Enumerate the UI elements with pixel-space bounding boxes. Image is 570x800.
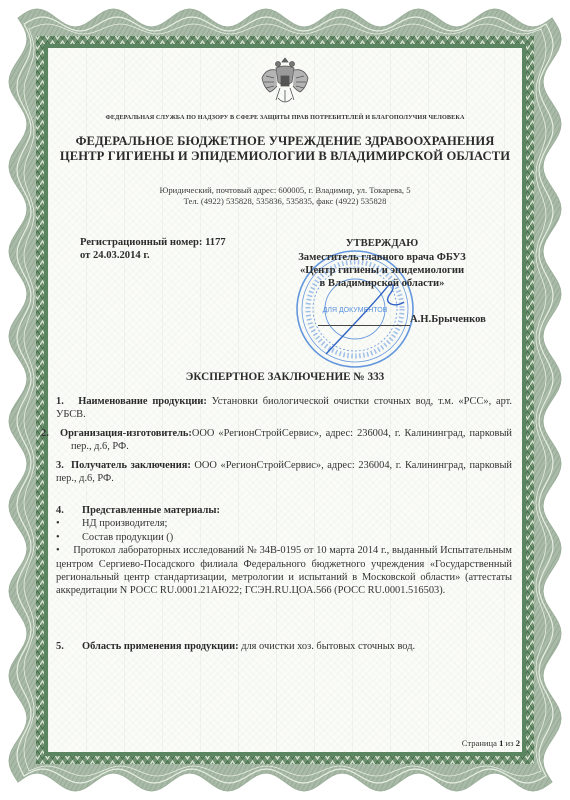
- bullet-icon: •: [56, 531, 74, 544]
- section-label: Наименование продукции:: [78, 396, 207, 407]
- list-item: • Протокол лабораторных исследований № 3…: [56, 544, 512, 598]
- registration-date: от 24.03.2014 г.: [80, 250, 150, 261]
- institution-name-line2: ЦЕНТР ГИГИЕНЫ И ЭПИДЕМИОЛОГИИ В ВЛАДИМИР…: [48, 149, 522, 164]
- institution-name-line1: ФЕДЕРАЛЬНОЕ БЮДЖЕТНОЕ УЧРЕЖДЕНИЕ ЗДРАВОО…: [48, 134, 522, 149]
- section-value: для очистки хоз. бытовых сточных вод.: [239, 641, 415, 652]
- section-application-area: 5.Область применения продукции: для очис…: [56, 640, 512, 653]
- list-item: • НД производителя;: [56, 517, 512, 530]
- approver-organization-line1: «Центр гигиены и эпидемиологии: [284, 264, 480, 278]
- section-number: 3.: [56, 459, 64, 472]
- signature-line: [318, 325, 410, 326]
- section-number: 5.: [56, 640, 82, 653]
- document-page: ФЕДЕРАЛЬНАЯ СЛУЖБА ПО НАДЗОРУ В СФЕРЕ ЗА…: [48, 48, 522, 752]
- section-label: Область применения продукции:: [82, 641, 239, 652]
- section-number: 4.: [56, 504, 82, 517]
- page-number: Страница 1 из 2: [462, 738, 520, 748]
- bullet-icon: •: [56, 517, 74, 530]
- section-manufacturer: 2. Организация-изготовитель:ООО «РегионС…: [56, 427, 512, 454]
- section-label: Организация-изготовитель:: [60, 428, 192, 439]
- agency-header: ФЕДЕРАЛЬНАЯ СЛУЖБА ПО НАДЗОРУ В СФЕРЕ ЗА…: [48, 114, 522, 121]
- bullet-icon: •: [56, 545, 60, 556]
- section-label: Представленные материалы:: [82, 505, 220, 516]
- approver-organization-line2: в Владимирской области»: [284, 277, 480, 291]
- section-number: 1.: [56, 395, 64, 408]
- registration-number: Регистрационный номер: 1177: [80, 237, 226, 248]
- approval-title: УТВЕРЖДАЮ: [284, 237, 480, 251]
- approver-position: Заместитель главного врача ФБУЗ: [284, 251, 480, 265]
- section-recipient: 3. Получатель заключения: ООО «РегионСтр…: [56, 459, 512, 486]
- stamp-text: ДЛЯ ДОКУМЕНТОВ: [323, 307, 388, 314]
- phone-fax: Тел. (4922) 535828, 535836, 535835, факс…: [48, 196, 522, 206]
- section-label: Получатель заключения:: [71, 460, 191, 471]
- signer-name: А.Н.Брыченков: [410, 314, 486, 325]
- section-product-name: 1. Наименование продукции: Установки био…: [56, 395, 512, 422]
- legal-address: Юридический, почтовый адрес: 600005, г. …: [48, 185, 522, 195]
- russian-coat-of-arms-icon: [254, 52, 316, 112]
- document-title: ЭКСПЕРТНОЕ ЗАКЛЮЧЕНИЕ № 333: [48, 371, 522, 383]
- section-materials: 4.Представленные материалы: • НД произво…: [56, 504, 512, 598]
- list-item: • Состав продукции (): [56, 531, 512, 544]
